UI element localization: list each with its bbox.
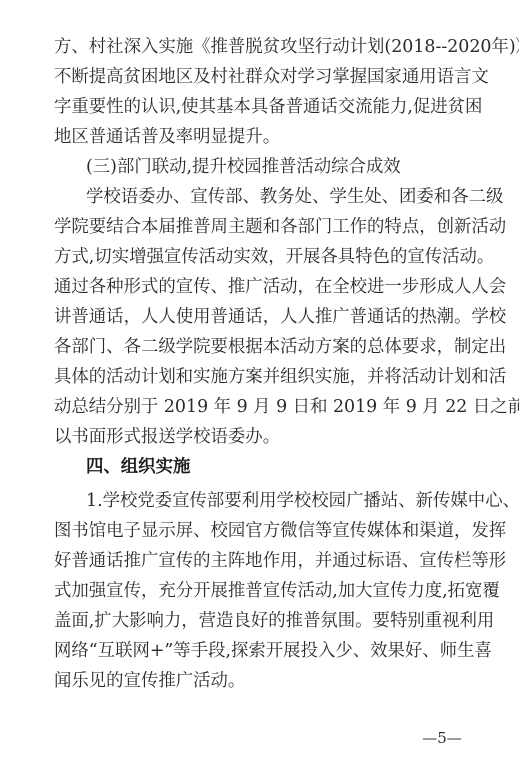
body-text-line: 以书面形式报送学校语委办。 xyxy=(54,422,472,452)
body-text-line: 动总结分别于 2019 年 9 月 9 日和 2019 年 9 月 22 日之前… xyxy=(54,392,472,422)
body-text-line: 具体的活动计划和实施方案并组织实施，并将活动计划和活 xyxy=(54,362,472,392)
body-text-line: 地区普通话普及率明显提升。 xyxy=(54,122,472,152)
subsection-heading: (三)部门联动,提升校园推普活动综合成效 xyxy=(86,152,472,182)
body-text-line: 式加强宣传，充分开展推普宣传活动,加大宣传力度,拓宽覆 xyxy=(54,576,472,606)
body-text-line: 好普通话推广宣传的主阵地作用，并通过标语、宣传栏等形 xyxy=(54,546,472,576)
body-text-line: 通过各种形式的宣传、推广活动，在全校进一步形成人人会 xyxy=(54,272,472,302)
body-text-line: 方式,切实增强宣传活动实效，开展各具特色的宣传活动。 xyxy=(54,242,472,272)
body-text-line: 盖面,扩大影响力，营造良好的推普氛围。要特别重视利用 xyxy=(54,606,472,636)
body-text-line: 网络“互联网+”等手段,探索开展投入少、效果好、师生喜 xyxy=(54,636,472,666)
body-text-line: 讲普通话，人人使用普通话，人人推广普通话的热潮。学校 xyxy=(54,302,472,332)
body-text-line: 图书馆电子显示屏、校园官方微信等宣传媒体和渠道，发挥 xyxy=(54,516,472,546)
document-page: 方、村社深入实施《推普脱贫攻坚行动计划(2018--2020年)》, 不断提高贫… xyxy=(0,0,519,760)
body-text-line: 方、村社深入实施《推普脱贫攻坚行动计划(2018--2020年)》, xyxy=(54,32,472,62)
body-text-line: 学院要结合本届推普周主题和各部门工作的特点，创新活动 xyxy=(54,212,472,242)
body-text-line: 闻乐见的宣传推广活动。 xyxy=(54,666,472,696)
body-text-line: 不断提高贫困地区及村社群众对学习掌握国家通用语言文 xyxy=(54,62,472,92)
body-text-line: 字重要性的认识,使其基本具备普通话交流能力,促进贫困 xyxy=(54,92,472,122)
section-heading: 四、组织实施 xyxy=(86,452,472,482)
body-text-line: 1.学校党委宣传部要利用学校校园广播站、新传媒中心、 xyxy=(86,486,472,516)
page-number: —5— xyxy=(412,728,472,748)
body-text-line: 学校语委办、宣传部、教务处、学生处、团委和各二级 xyxy=(86,182,472,212)
body-text-line: 各部门、各二级学院要根据本活动方案的总体要求，制定出 xyxy=(54,332,472,362)
